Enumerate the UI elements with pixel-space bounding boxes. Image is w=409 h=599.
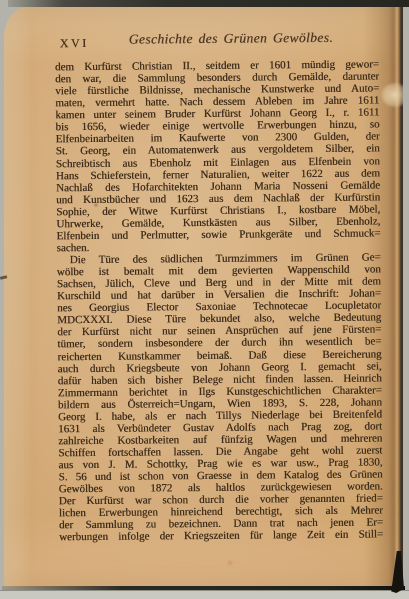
paper-page: XVI Geschichte des Grünen Gewölbes. dem … bbox=[4, 7, 403, 588]
page-number: XVI bbox=[60, 36, 89, 51]
paragraph: dem Kurfürst Christian II., seitdem er 1… bbox=[55, 58, 381, 254]
scanned-book-page: XVI Geschichte des Grünen Gewölbes. dem … bbox=[0, 0, 409, 599]
page-content: XVI Geschichte des Grünen Gewölbes. dem … bbox=[1, 5, 405, 589]
scanner-strip-bottom bbox=[0, 590, 409, 599]
running-header-title: Geschichte des Grünen Gewölbes. bbox=[129, 30, 333, 48]
page-body: dem Kurfürst Christian II., seitdem er 1… bbox=[55, 58, 383, 543]
text-line: werbungen infolge der Kriegszeiten für l… bbox=[59, 529, 383, 544]
paragraph: Die Türe des südlichen Turmzimmers im Gr… bbox=[57, 251, 384, 543]
